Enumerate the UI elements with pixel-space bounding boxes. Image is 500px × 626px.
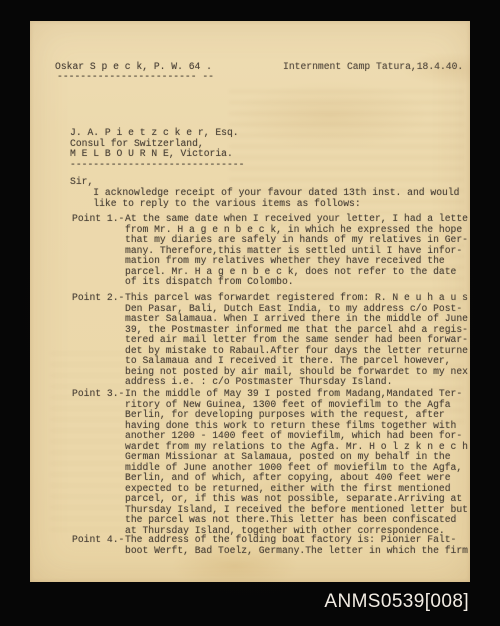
point-4-label: Point 4.- xyxy=(72,535,124,546)
point-3-label: Point 3.- xyxy=(72,389,124,400)
photo-background: Oskar S p e c k, P. W. 64 . ------------… xyxy=(0,0,500,626)
salutation: Sir, xyxy=(70,177,93,188)
intro-paragraph: I acknowledge receipt of your favour dat… xyxy=(70,188,460,209)
point-3-body: In the middle of May 39 I posted from Ma… xyxy=(125,389,468,536)
sender-underline: ------------------------ -- xyxy=(57,72,214,83)
addressee-block: J. A. P i e t z c k e r, Esq. Consul for… xyxy=(70,128,239,160)
letter-page: Oskar S p e c k, P. W. 64 . ------------… xyxy=(30,21,470,582)
point-1-body: At the same date when I received your le… xyxy=(125,214,468,288)
addressee-underline: ------------------------------ xyxy=(70,160,244,171)
date-line: Internment Camp Tatura,18.4.40. xyxy=(283,62,463,73)
point-2-body: This parcel was forwardet registered fro… xyxy=(125,293,468,388)
point-1-label: Point 1.- xyxy=(72,214,124,225)
point-2-label: Point 2.- xyxy=(72,293,124,304)
point-4-body: The address of the folding boat factory … xyxy=(125,535,468,556)
archive-id-label: ANMS0539[008] xyxy=(324,591,469,613)
